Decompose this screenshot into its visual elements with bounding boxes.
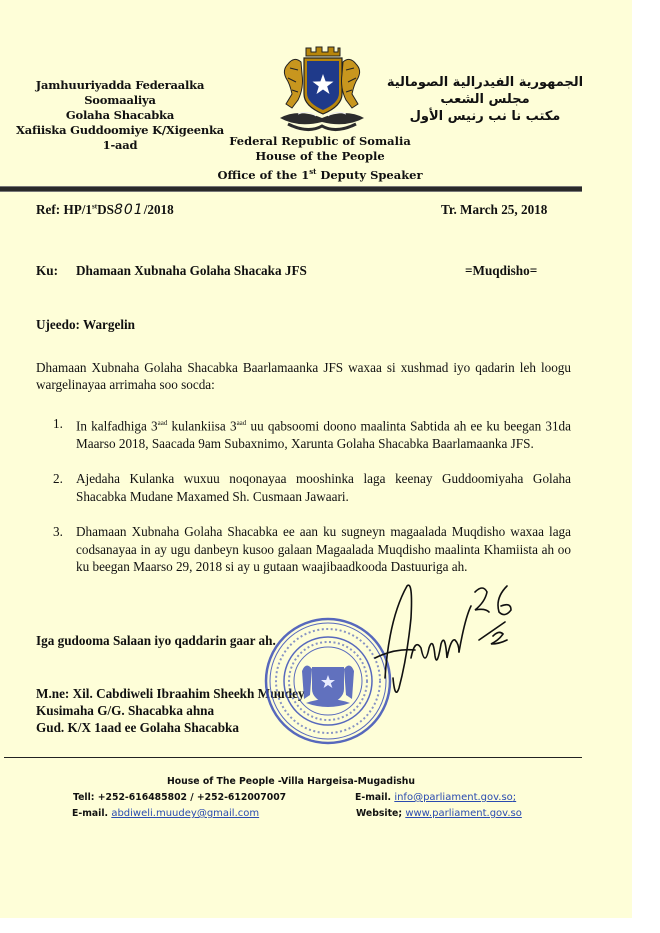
header-english-line: Office of the 1st Deputy Speaker xyxy=(160,164,480,183)
handwritten-signature-icon xyxy=(355,578,555,708)
ref-handwritten: 801 xyxy=(114,202,144,218)
ordinal-sup: aad xyxy=(237,419,247,427)
recipient-value: Dhamaan Xubnaha Golaha Shacaka JFS xyxy=(76,263,307,278)
website-link[interactable]: www.parliament.gov.so xyxy=(405,808,522,819)
header-arabic: الجمهورية الفيدرالية الصومالية مجلس الشع… xyxy=(370,74,600,125)
reference-number: Ref: HP/1stDS801/2018 xyxy=(36,202,174,218)
list-item: 3. Dhamaan Xubnaha Golaha Shacabka ee aa… xyxy=(36,523,571,576)
footer-address: House of The People -Villa Hargeisa-Muga… xyxy=(0,776,582,787)
footer-phone: Tell: +252-616485802 / +252-612007007 xyxy=(73,792,286,803)
email-link-office[interactable]: info@parliament.gov.so xyxy=(394,792,512,803)
header-somali-line: Golaha Shacabka xyxy=(10,108,230,123)
list-text: Dhamaan Xubnaha Golaha Shacabka ee aan k… xyxy=(76,524,571,574)
footer-divider xyxy=(4,757,582,758)
list-number: 1. xyxy=(53,415,63,433)
footer-email-personal: E-mail. abdiweli.muudey@gmail.com xyxy=(72,808,259,819)
website-label: Website; xyxy=(356,808,405,819)
list-text: kulankiisa 3 xyxy=(167,418,236,433)
email-link-personal[interactable]: abdiweli.muudey@gmail.com xyxy=(111,808,259,819)
agenda-list: 1. In kalfadhiga 3aad kulankiisa 3aad uu… xyxy=(36,415,571,594)
header-english: Federal Republic of Somalia House of the… xyxy=(160,134,480,183)
list-item: 2. Ajedaha Kulanka wuxuu noqonayaa moosh… xyxy=(36,470,571,505)
header-arabic-line: مكتب نا نب رنيس الأول xyxy=(370,108,600,125)
letter-date: Tr. March 25, 2018 xyxy=(441,202,547,218)
header-english-line: Federal Republic of Somalia xyxy=(160,134,480,149)
header-arabic-line: مجلس الشعب xyxy=(370,91,600,108)
ref-mid: DS xyxy=(97,202,114,217)
list-text: In kalfadhiga 3 xyxy=(76,418,158,433)
header-english-line: House of the People xyxy=(160,149,480,164)
closing-line: Iga gudooma Salaan iyo qaddarin gaar ah. xyxy=(36,633,276,649)
recipient-label: Ku: xyxy=(36,263,76,279)
ref-suffix: /2018 xyxy=(144,202,174,217)
email-label: E-mail. xyxy=(355,792,394,803)
letter-page: Jamhuuriyadda Federaalka Soomaaliya Gola… xyxy=(0,0,632,918)
list-text: Ajedaha Kulanka wuxuu noqonayaa mooshink… xyxy=(76,471,571,504)
list-item: 1. In kalfadhiga 3aad kulankiisa 3aad uu… xyxy=(36,415,571,452)
subject: Ujeedo: Wargelin xyxy=(36,317,135,333)
header-divider xyxy=(0,186,582,192)
list-number: 2. xyxy=(53,470,63,488)
header-somali-line: Jamhuuriyadda Federaalka Soomaaliya xyxy=(10,78,230,108)
list-number: 3. xyxy=(53,523,63,541)
email-suffix: ; xyxy=(513,792,516,803)
recipient: Ku:Dhamaan Xubnaha Golaha Shacaka JFS xyxy=(36,263,307,279)
somalia-coat-of-arms-icon xyxy=(268,44,376,136)
header-arabic-line: الجمهورية الفيدرالية الصومالية xyxy=(370,74,600,91)
ref-prefix: Ref: HP/1 xyxy=(36,202,92,217)
footer-website: Website; www.parliament.gov.so xyxy=(356,808,522,819)
footer-email-office: E-mail. info@parliament.gov.so; xyxy=(355,792,516,803)
ordinal-sup: aad xyxy=(158,419,168,427)
intro-paragraph: Dhamaan Xubnaha Golaha Shacabka Baarlama… xyxy=(36,359,571,393)
office-text: Office of the 1 xyxy=(217,168,309,182)
office-text-suffix: Deputy Speaker xyxy=(316,168,422,182)
city: =Muqdisho= xyxy=(465,263,537,279)
email-label: E-mail. xyxy=(72,808,111,819)
